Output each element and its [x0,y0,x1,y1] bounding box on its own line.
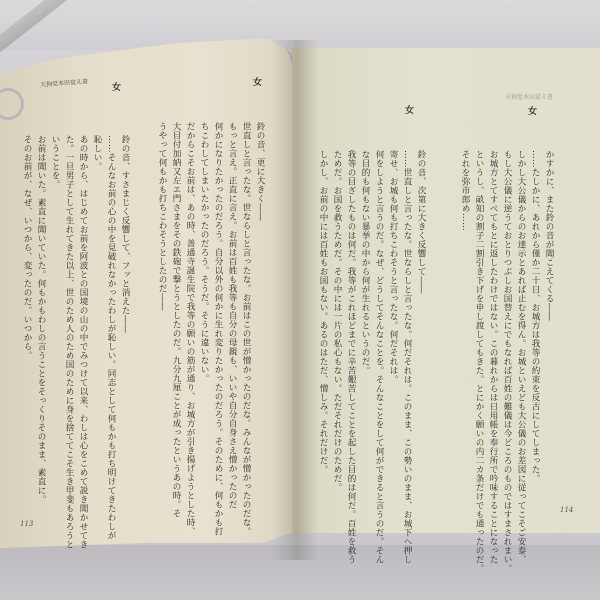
right-running-header: 天狗党本田覚え書 [505,92,553,101]
text-line: 我等の目ざしたものは何だ。我等がこれほどまでに辛苦艱苦してことを起した目的は何だ… [344,150,358,490]
text-line: しかし、お前の中には百姓もお国もない。あるのはただ、憎しみ。それだけだ。 [316,150,330,490]
text-line: ……そんなお前の心の中を見破れなかったわしが恥しい。同志として何もかも打ち明けて… [104,135,118,505]
text-line: 大目付加納又左エ門さまをその鉄砲で撃とうとしたのだ。九分九厘ことが成ったというあ… [169,122,183,502]
text-line: 寄せ、お城も何も打ちこわそうと言ったな。何だそれは。 [386,150,400,490]
text-line: あの時から、はじめてお前を阿波との国境の山の中でみつけて以来、わしは心をこめて説… [76,135,90,505]
text-line: ためだ。お国を救うためだ。その中には一片の私心もない。ただそれだけのためだ。 [330,150,344,490]
left-page-number: 113 [20,520,33,528]
text-line: 鈴の音、更に大きく―― [253,122,267,502]
text-line: ……世直しと言ったな。世ならしと言ったな。何だそれは。このまま、この勢いのまま、… [400,150,414,490]
right-text-block-b: 鈴の音、次第に大きく反響して―― ……世直しと言ったな。世ならしと言ったな。何だ… [316,150,428,490]
text-line: 何かになりたかったのだろう。自分以外の何かに生れ変りたかったのだろう。そのために… [211,122,225,502]
text-line: ……たしかに、あれから僅か二十日、お城方は我等の約束を反古にしてしまった。 [528,150,542,490]
left-section-mark-2: 女 [253,75,262,88]
text-line: かすかに、また鈴の音が聞こえてくる―― [542,150,556,490]
right-page-number: 114 [560,506,573,514]
right-section-mark-1: 女 [405,103,414,116]
text-line: 鈴の音、次第に大きく反響して―― [414,150,428,490]
text-line: もし大公儀に逆うておとりつぶしお国替えにでもなれば百姓の難儀は今どころのものでは… [500,150,514,490]
text-line: 何をしようと言うのだ。なぜ、どうしてそんなことを。そんなことをして何ができると言… [372,150,386,490]
book-gutter [270,40,318,560]
text-line: 鈴の音、すさまじく反響して、フッと消えた―― [118,135,132,505]
left-text-block-a: 鈴の音、更に大きく―― 世直しと言ったな。世ならしと言ったな。お前はこの世が憎か… [155,122,267,502]
text-line: しかし大公儀からのお達示とあれば止むを得ん。お城といえども大公儀のお差図に従って… [514,150,528,490]
text-line: だからこそお前は、あの時、善通寺誕生院で我等の願いの筋が通り、お城方が引き揚げよ… [183,122,197,502]
left-text-block-b: 鈴の音、すさまじく反響して、フッと消えた―― ……そんなお前の心の中を見破れなか… [20,135,132,505]
text-line: というし、畝知の割子二割引き下げを申し渡してもきた。とにかく願いの内二カ条だけで… [472,150,486,490]
text-line: 世直しと言ったな。世ならしと言ったな。お前はこの世が憎かったのだな。みんなが憎か… [239,122,253,502]
left-section-mark-1: 女 [112,80,121,93]
text-line: お城方とてすべてもとに返したわけではない。この暮れからは日用帳を奉行所で吟味する… [486,150,500,490]
text-line: うやって何もかも打ちこわそうとしたのだ―― [155,122,169,502]
text-line: もっと言え。正直に言え。お前は百姓も我等も自分の母親も、いいや自分自身さえ憎かっ… [225,122,239,502]
text-line: お前は聞いた。素直に聞いていた。何もかもわしの言うことをそっくりそのまま、素直に… [34,135,48,505]
text-line: た。一旦男子として生れてきた以上、世のため人のため国のために身を捨ててこそ生き甲… [62,135,76,505]
right-section-mark-2: 女 [528,104,537,117]
text-line: いうことを。 [48,135,62,505]
text-line: ちこわしてしまいたかったのだろう。そうだ。そうに違いない。 [197,122,211,502]
text-line: それを弥市郎め…… [458,150,472,490]
text-line: な目的も何もない暴挙の中から何が生れるというのだ。 [358,150,372,490]
text-line: そのお前が、なぜ、いつから、変ったのだ。いつから。 [20,135,34,505]
text-line: 恥しい。 [90,135,104,505]
right-text-block-a: かすかに、また鈴の音が聞こえてくる―― ……たしかに、あれから僅か二十日、お城方… [458,150,556,490]
